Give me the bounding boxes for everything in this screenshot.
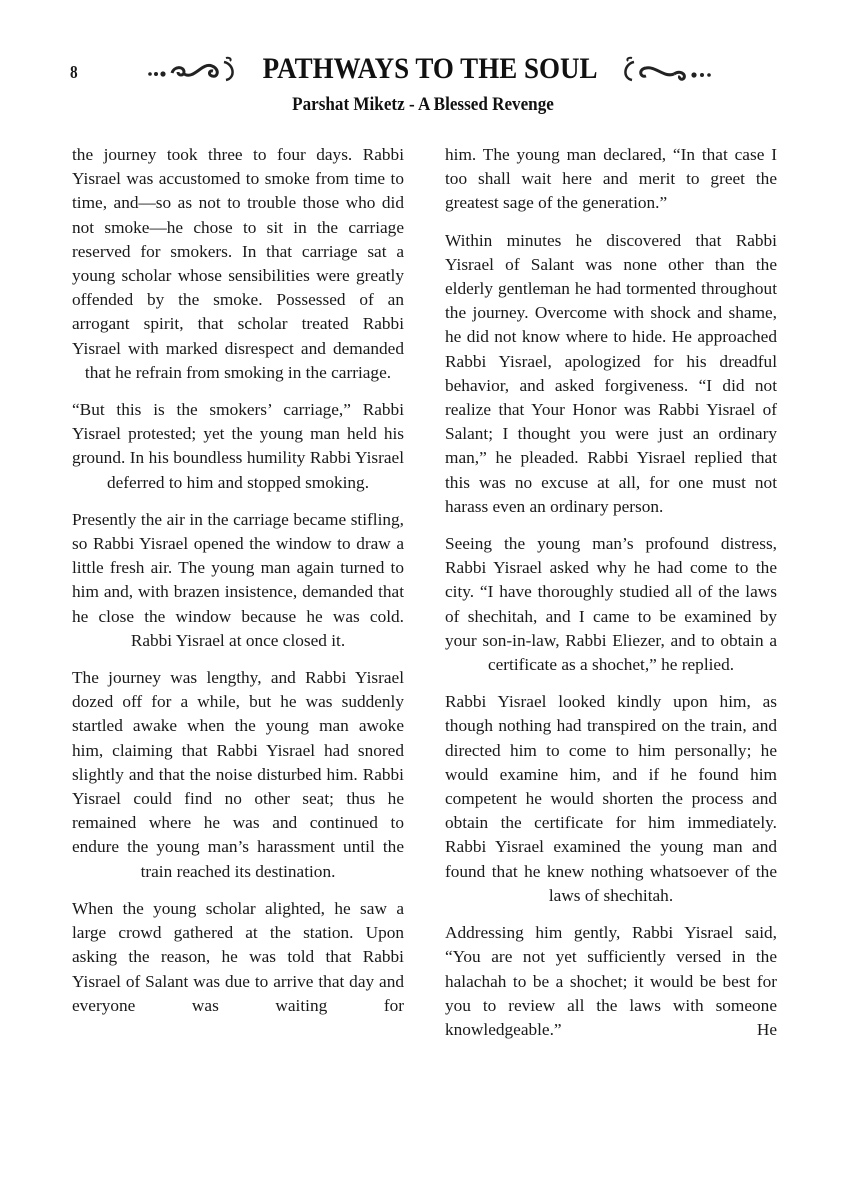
right-flourish-ornament-icon: [616, 54, 716, 84]
publication-title: PATHWAYS TO THE SOUL: [263, 52, 598, 86]
right-text-column: him. The young man declared, “In that ca…: [445, 143, 777, 1055]
paragraph: Addressing him gently, Rabbi Yisrael sai…: [445, 921, 777, 1042]
paragraph: Within minutes he discovered that Rabbi …: [445, 229, 777, 519]
paragraph: The journey was lengthy, and Rabbi Yisra…: [72, 666, 404, 884]
paragraph: the journey took three to four days. Rab…: [72, 143, 404, 385]
paragraph: Rabbi Yisrael looked kindly upon him, as…: [445, 690, 777, 908]
paragraph: Presently the air in the carriage became…: [72, 508, 404, 653]
left-flourish-ornament-icon: [144, 54, 244, 84]
paragraph: When the young scholar alighted, he saw …: [72, 897, 404, 1018]
masthead: PATHWAYS TO THE SOUL: [130, 52, 730, 86]
article-subtitle: Parshat Miketz - A Blessed Revenge: [42, 94, 803, 116]
paragraph: “But this is the smokers’ carriage,” Rab…: [72, 398, 404, 495]
paragraph: Seeing the young man’s profound distress…: [445, 532, 777, 677]
left-text-column: the journey took three to four days. Rab…: [72, 143, 404, 1031]
paragraph: him. The young man declared, “In that ca…: [445, 143, 777, 216]
page-number: 8: [70, 62, 78, 83]
